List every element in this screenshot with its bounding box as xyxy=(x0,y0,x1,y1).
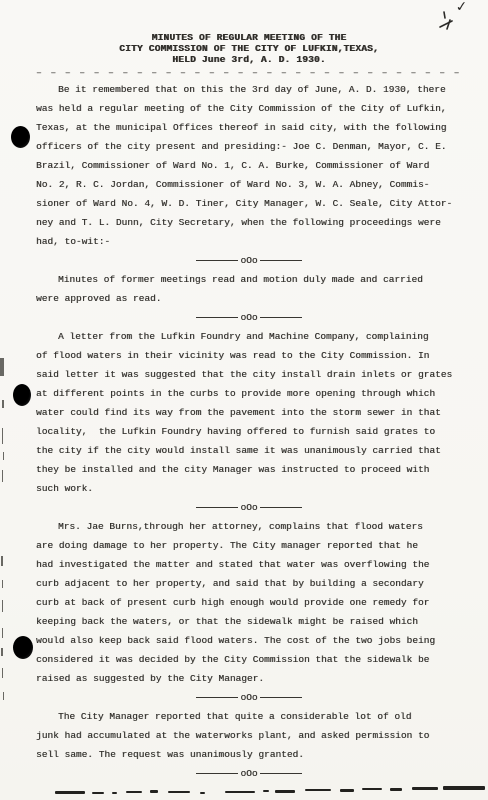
separator-dash xyxy=(196,697,238,698)
dashed-rule: – – – – – – – – – – – – – – – – – – – – … xyxy=(36,68,462,78)
text-line: at different points in the curbs to prov… xyxy=(36,384,462,403)
title-line-1: MINUTES OF REGULAR MEETING OF THE xyxy=(36,32,462,43)
edge-segment xyxy=(225,791,255,793)
text-line: such work. xyxy=(36,479,462,498)
text-line: curb at back of present curb high enough… xyxy=(36,593,462,612)
edge-segment xyxy=(200,792,205,794)
separator-dash xyxy=(196,260,238,261)
separator-dash xyxy=(196,507,238,508)
section-separator: oOo xyxy=(36,251,462,270)
separator-label: oOo xyxy=(239,251,258,270)
document-body: Be it remembered that on this the 3rd da… xyxy=(36,80,462,783)
edge-segment xyxy=(305,789,331,791)
edge-segment xyxy=(443,786,485,790)
text-line: considered it was decided by the City Co… xyxy=(36,650,462,669)
separator-dash xyxy=(260,317,302,318)
separator-label: oOo xyxy=(239,688,258,707)
text-line: of flood waters in their vicinity was re… xyxy=(36,346,462,365)
paragraph: Minutes of former meetings read and moti… xyxy=(36,270,462,308)
edge-segment xyxy=(168,791,190,793)
edge-segment xyxy=(92,792,104,794)
scan-tick-mark xyxy=(3,452,4,460)
edge-segment xyxy=(263,790,269,792)
edge-segment xyxy=(390,788,402,791)
paragraph: Mrs. Jae Burns,through her attorney, com… xyxy=(36,517,462,688)
text-line: would also keep back said flood waters. … xyxy=(36,631,462,650)
edge-segment xyxy=(340,789,354,792)
text-line: Be it remembered that on this the 3rd da… xyxy=(36,80,462,99)
edge-segment xyxy=(275,790,295,793)
punch-hole-mark xyxy=(13,384,31,406)
edge-segment xyxy=(55,791,85,794)
text-line: Minutes of former meetings read and moti… xyxy=(36,270,462,289)
separator-dash xyxy=(260,697,302,698)
text-line: locality, the Lufkin Foundry having offe… xyxy=(36,422,462,441)
text-line: they be installed and the city Manager w… xyxy=(36,460,462,479)
text-line: sioner of Ward No. 4, W. D. Tiner, City … xyxy=(36,194,462,213)
title-line-3: HELD June 3rd, A. D. 1930. xyxy=(36,54,462,65)
section-separator: oOo xyxy=(36,308,462,327)
text-line: Texas, at the municipal Offices thereof … xyxy=(36,118,462,137)
separator-dash xyxy=(196,773,238,774)
scan-tick-mark xyxy=(2,628,3,638)
text-line: keeping back the waters, or that the sid… xyxy=(36,612,462,631)
section-separator: oOo xyxy=(36,764,462,783)
edge-segment xyxy=(362,788,382,790)
paragraph: A letter from the Lufkin Foundry and Mac… xyxy=(36,327,462,498)
text-line: ney and T. L. Dunn, City Secretary, when… xyxy=(36,213,462,232)
separator-label: oOo xyxy=(239,764,258,783)
text-line: were approved as read. xyxy=(36,289,462,308)
separator-dash xyxy=(196,317,238,318)
text-line: Brazil, Commissioner of Ward No. 1, C. A… xyxy=(36,156,462,175)
text-line: junk had accumulated at the waterworks p… xyxy=(36,726,462,745)
edge-segment xyxy=(412,787,438,790)
text-line: raised as suggested by the City Manager. xyxy=(36,669,462,688)
punch-hole-mark xyxy=(11,126,30,148)
scan-tick-mark xyxy=(2,400,4,408)
scanned-document-page: MINUTES OF REGULAR MEETING OF THE CITY C… xyxy=(0,0,488,800)
separator-dash xyxy=(260,773,302,774)
document-title: MINUTES OF REGULAR MEETING OF THE CITY C… xyxy=(36,32,462,65)
text-line: sell same. The request was unanimously g… xyxy=(36,745,462,764)
text-line: curb adjacent to her property, and said … xyxy=(36,574,462,593)
punch-hole-mark xyxy=(13,636,33,659)
text-line: officers of the city present and presidi… xyxy=(36,137,462,156)
scan-tick-mark xyxy=(2,600,3,612)
edge-segment xyxy=(112,792,117,794)
text-line: had, to-wit:- xyxy=(36,232,462,251)
text-line: water could find its way from the paveme… xyxy=(36,403,462,422)
separator-label: oOo xyxy=(239,308,258,327)
section-separator: oOo xyxy=(36,688,462,707)
scan-tick-mark xyxy=(1,648,3,656)
text-line: said letter it was suggested that the ci… xyxy=(36,365,462,384)
text-line: the city if the city would install same … xyxy=(36,441,462,460)
text-line: was held a regular meeting of the City C… xyxy=(36,99,462,118)
title-line-2: CITY COMMISSION OF THE CITY OF LUFKIN,TE… xyxy=(36,43,462,54)
scan-tick-mark xyxy=(2,470,3,482)
text-line: are doing damage to her property. The Ci… xyxy=(36,536,462,555)
separator-label: oOo xyxy=(239,498,258,517)
section-separator: oOo xyxy=(36,498,462,517)
text-line: The City Manager reported that quite a c… xyxy=(36,707,462,726)
scan-tick-mark xyxy=(2,668,3,678)
document-content: MINUTES OF REGULAR MEETING OF THE CITY C… xyxy=(36,32,462,783)
text-line: A letter from the Lufkin Foundry and Mac… xyxy=(36,327,462,346)
handwritten-annotations: ✓ xyxy=(433,0,488,36)
edge-segment xyxy=(126,791,142,793)
text-line: No. 2, R. C. Jordan, Commissioner of War… xyxy=(36,175,462,194)
text-line: Mrs. Jae Burns,through her attorney, com… xyxy=(36,517,462,536)
scan-tick-mark xyxy=(2,580,3,588)
separator-dash xyxy=(260,507,302,508)
edge-segment xyxy=(150,790,158,793)
scan-tick-mark xyxy=(2,428,3,444)
text-line: had investigated the matter and stated t… xyxy=(36,555,462,574)
scan-tick-mark xyxy=(0,358,4,376)
handwritten-squiggle-icon xyxy=(433,0,488,36)
scan-tick-mark xyxy=(1,556,3,566)
paragraph: Be it remembered that on this the 3rd da… xyxy=(36,80,462,251)
scan-tick-mark xyxy=(3,692,4,700)
paragraph: The City Manager reported that quite a c… xyxy=(36,707,462,764)
separator-dash xyxy=(260,260,302,261)
